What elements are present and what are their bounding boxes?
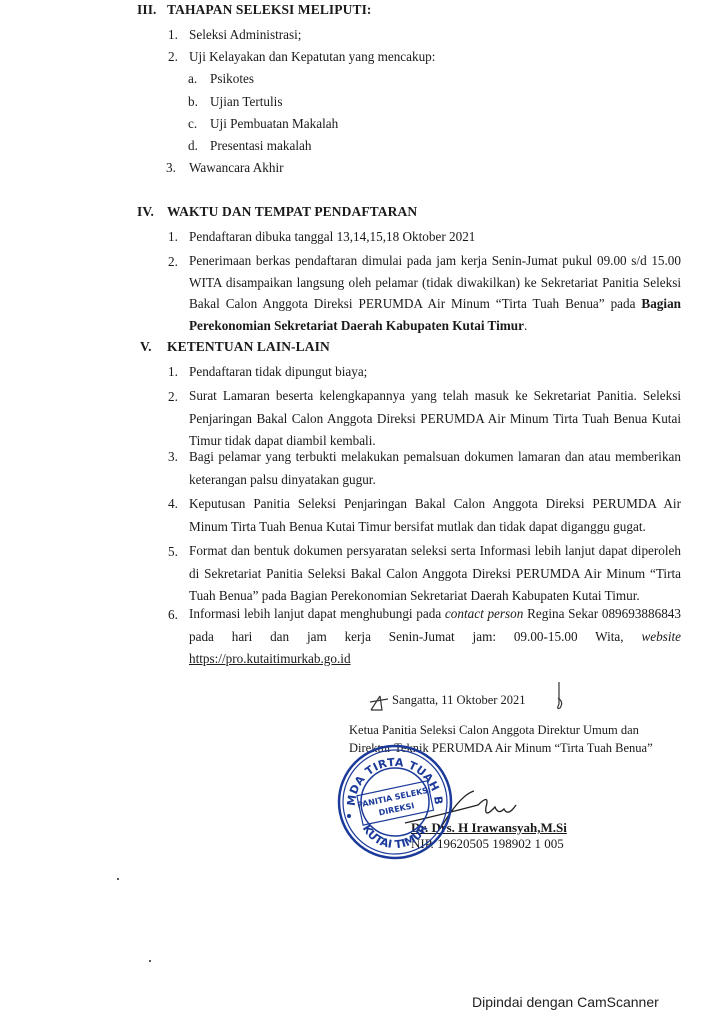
- sub-list-item: d. Presentasi makalah: [0, 134, 724, 158]
- list-item: 1. Seleksi Administrasi;: [0, 23, 724, 47]
- item-text: Uji Kelayakan dan Kepatutan yang mencaku…: [189, 45, 679, 69]
- sub-item-text: Psikotes: [210, 67, 254, 91]
- sub-list-item: c. Uji Pembuatan Makalah: [0, 112, 724, 136]
- item-number: 3.: [166, 156, 176, 180]
- item-number: 5.: [168, 540, 178, 564]
- item-number: 2.: [168, 250, 178, 274]
- list-item: 4. Keputusan Panitia Seleksi Penjaringan…: [0, 492, 724, 540]
- website-link[interactable]: https://pro.kutaitimurkab.go.id: [189, 651, 351, 666]
- list-item: 1. Pendaftaran dibuka tanggal 13,14,15,1…: [0, 225, 724, 249]
- item-number: 2.: [168, 385, 178, 409]
- list-item: 3. Wawancara Akhir: [0, 156, 724, 180]
- sub-list-item: b. Ujian Tertulis: [0, 90, 724, 114]
- item-number: 4.: [168, 492, 178, 516]
- item-number: 2.: [168, 45, 178, 69]
- item-text-end: .: [524, 318, 527, 333]
- item-number: 3.: [168, 445, 178, 469]
- section-iv-heading: IV. WAKTU DAN TEMPAT PENDAFTARAN: [0, 204, 724, 224]
- item-text: Seleksi Administrasi;: [189, 23, 679, 47]
- camscanner-watermark: Dipindai dengan CamScanner: [472, 994, 659, 1010]
- sub-item-letter: c.: [188, 112, 197, 136]
- scan-speck: [149, 960, 151, 962]
- list-item: 5. Format dan bentuk dokumen persyaratan…: [0, 540, 724, 610]
- item-text: Informasi lebih lanjut dapat menghubungi…: [189, 603, 681, 671]
- sub-list-item: a. Psikotes: [0, 67, 724, 91]
- item-text: Wawancara Akhir: [189, 156, 679, 180]
- list-item: 1. Pendaftaran tidak dipungut biaya;: [0, 360, 724, 384]
- sub-item-text: Presentasi makalah: [210, 134, 311, 158]
- item-text: Format dan bentuk dokumen persyaratan se…: [189, 540, 681, 608]
- section-number: III.: [137, 2, 157, 18]
- official-stamp-icon: PERUMDA TIRTA TUAH BENUA KUTAI TIMUR PAN…: [335, 742, 455, 862]
- item-text: Pendaftaran tidak dipungut biaya;: [189, 360, 679, 384]
- section-number: V.: [140, 339, 152, 355]
- paraf-mark-icon: [551, 680, 567, 712]
- item-text: Pendaftaran dibuka tanggal 13,14,15,18 O…: [189, 225, 679, 249]
- section-iii-heading: III. TAHAPAN SELEKSI MELIPUTI:: [0, 2, 724, 22]
- section-title: TAHAPAN SELEKSI MELIPUTI:: [167, 2, 372, 18]
- item-number: 6.: [168, 603, 178, 627]
- signatory-role-line1: Ketua Panitia Seleksi Calon Anggota Dire…: [349, 723, 639, 738]
- list-item: 2. Uji Kelayakan dan Kepatutan yang menc…: [0, 45, 724, 69]
- item-text: Penerimaan berkas pendaftaran dimulai pa…: [189, 250, 681, 336]
- list-item: 6. Informasi lebih lanjut dapat menghubu…: [0, 603, 724, 673]
- item-text-italic: website: [641, 629, 681, 644]
- item-number: 1.: [168, 23, 178, 47]
- sub-item-text: Uji Pembuatan Makalah: [210, 112, 338, 136]
- scanned-document-page: III. TAHAPAN SELEKSI MELIPUTI: 1. Seleks…: [0, 0, 724, 1024]
- paraf-mark-icon: [368, 690, 390, 714]
- section-title: KETENTUAN LAIN-LAIN: [167, 339, 330, 355]
- item-text-italic: contact person: [445, 606, 523, 621]
- sub-item-letter: b.: [188, 90, 198, 114]
- item-number: 1.: [168, 360, 178, 384]
- section-v-heading: V. KETENTUAN LAIN-LAIN: [0, 339, 724, 359]
- item-text: Bagi pelamar yang terbukti melakukan pem…: [189, 445, 681, 491]
- sub-item-text: Ujian Tertulis: [210, 90, 282, 114]
- section-title: WAKTU DAN TEMPAT PENDAFTARAN: [167, 204, 417, 220]
- item-text-plain: Penerimaan berkas pendaftaran dimulai pa…: [189, 253, 681, 311]
- item-text: Keputusan Panitia Seleksi Penjaringan Ba…: [189, 492, 681, 538]
- sub-item-letter: a.: [188, 67, 197, 91]
- section-number: IV.: [137, 204, 154, 220]
- sub-item-letter: d.: [188, 134, 198, 158]
- item-text-part: Informasi lebih lanjut dapat menghubungi…: [189, 606, 445, 621]
- scan-speck: [117, 878, 119, 880]
- list-item: 3. Bagi pelamar yang terbukti melakukan …: [0, 445, 724, 493]
- item-text: Surat Lamaran beserta kelengkapannya yan…: [189, 385, 681, 453]
- list-item: 2. Penerimaan berkas pendaftaran dimulai…: [0, 250, 724, 346]
- place-date: Sangatta, 11 Oktober 2021: [392, 693, 526, 708]
- item-number: 1.: [168, 225, 178, 249]
